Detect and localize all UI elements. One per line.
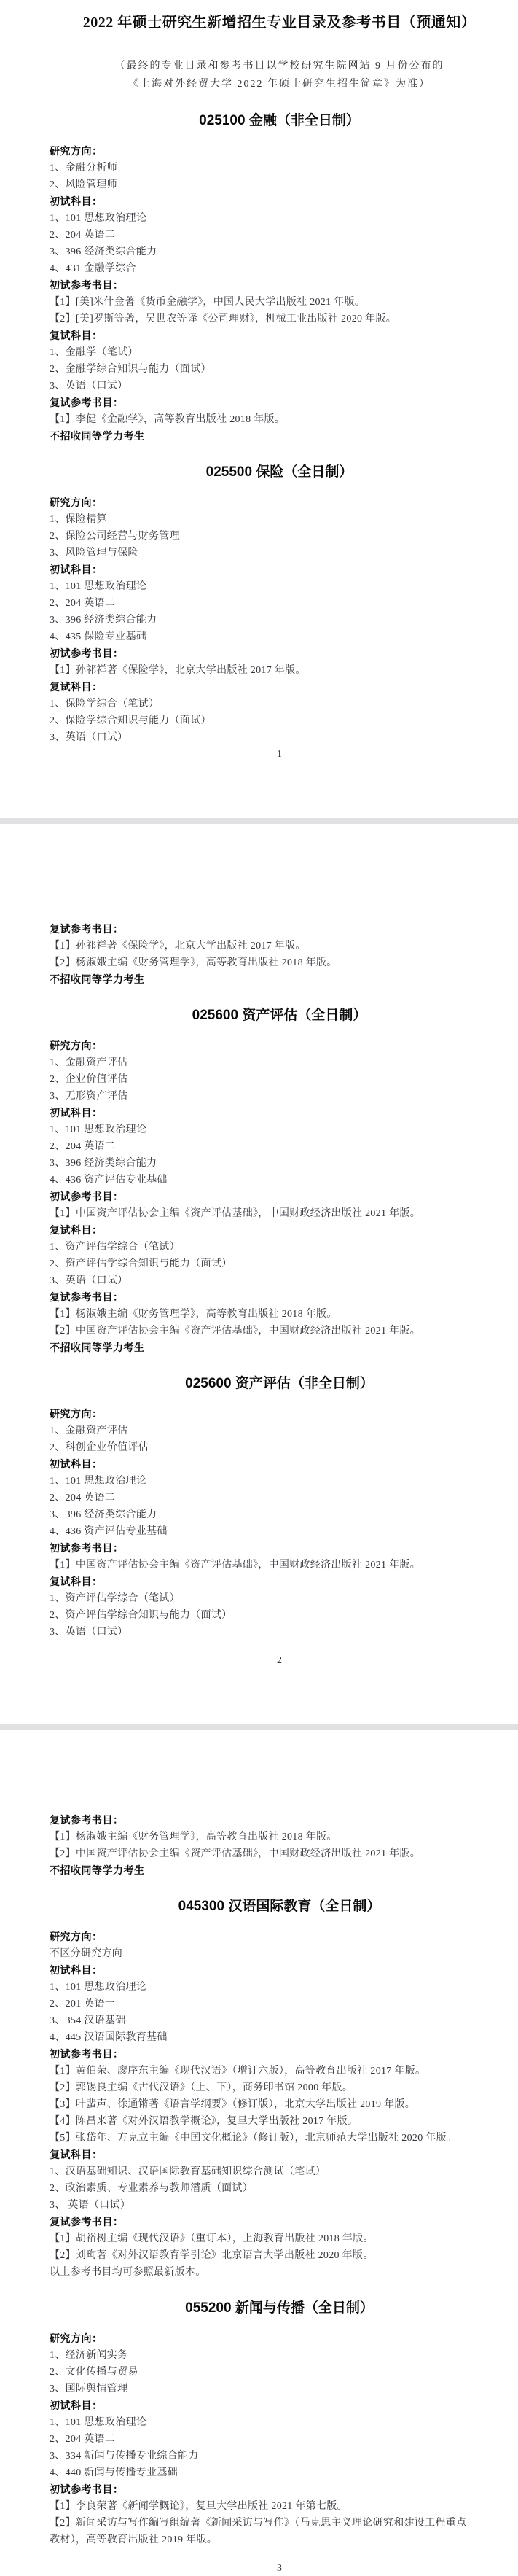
field-label: 研究方向： bbox=[50, 1406, 489, 1423]
document-title: 2022 年硕士研究生新增招生专业目录及参考书目（预通知） bbox=[55, 12, 503, 34]
subtitle-line: （最终的专业目录和参考书目以学校研究生院网站 9 月份公布的 bbox=[55, 57, 503, 75]
list-item: 3、396 经济类综合能力 bbox=[50, 1155, 489, 1172]
list-item: 【2】刘珣著《对外汉语教育学引论》北京语言大学出版社 2020 年版。 bbox=[50, 2247, 489, 2264]
list-item: 【1】李良荣著《新闻学概论》，复旦大学出版社 2021 年第七版。 bbox=[50, 2498, 489, 2515]
document-viewer: 2022 年硕士研究生新增招生专业目录及参考书目（预通知）（最终的专业目录和参考… bbox=[0, 0, 518, 2576]
field-label: 不招收同等学力考生 bbox=[50, 1339, 489, 1356]
list-item: 【1】黄伯荣、廖序东主编《现代汉语》（增订六版），高等教育出版社 2017 年版… bbox=[50, 2063, 489, 2079]
field-label: 复试科目： bbox=[50, 327, 489, 344]
list-item: 4、431 金融学综合 bbox=[50, 260, 489, 277]
list-item: 2、201 英语一 bbox=[50, 1996, 489, 2012]
list-item: 3、 英语（口试） bbox=[50, 2197, 489, 2214]
list-item: 1、101 思想政治理论 bbox=[50, 210, 489, 227]
list-item: 教材），高等教育出版社 2019 年版。 bbox=[50, 2532, 489, 2548]
field-label: 初试参考书目： bbox=[50, 1188, 489, 1205]
list-item: 【2】中国资产评估协会主编《资产评估基础》，中国财政经济出版社 2021 年版。 bbox=[50, 1323, 489, 1339]
list-item: 3、396 经济类综合能力 bbox=[50, 612, 489, 629]
list-item: 2、文化传播与贸易 bbox=[50, 2364, 489, 2381]
list-item: 1、经济新闻实务 bbox=[50, 2347, 489, 2364]
list-item: 1、101 思想政治理论 bbox=[50, 2414, 489, 2431]
list-item: 3、英语（口试） bbox=[50, 729, 489, 746]
field-label: 复试参考书目： bbox=[50, 1812, 489, 1829]
list-item: 2、204 英语二 bbox=[50, 595, 489, 612]
section-heading: 025100 金融（非全日制） bbox=[55, 112, 503, 131]
list-item: 3、396 经济类综合能力 bbox=[50, 244, 489, 260]
page-separator bbox=[0, 1724, 518, 1730]
list-item: 3、国际舆情管理 bbox=[50, 2381, 489, 2397]
list-item: 2、204 英语二 bbox=[50, 227, 489, 244]
list-item: 3、354 汉语基础 bbox=[50, 2012, 489, 2029]
field-label: 初试科目： bbox=[50, 1105, 489, 1121]
page-number: 1 bbox=[55, 746, 503, 763]
list-item: 【3】叶蜚声、徐通锵著《语言学纲要》（修订版），北京大学出版社 2019 年版。 bbox=[50, 2096, 489, 2113]
list-item: 1、金融学（笔试） bbox=[50, 344, 489, 361]
list-item: 1、保险学综合（笔试） bbox=[50, 696, 489, 712]
field-label: 复试参考书目： bbox=[50, 2214, 489, 2230]
field-label: 研究方向： bbox=[50, 1038, 489, 1054]
list-item: 【1】胡裕树主编《现代汉语》（重订本），上海教育出版社 2018 年版。 bbox=[50, 2230, 489, 2247]
list-item: 2、保险公司经营与财务管理 bbox=[50, 528, 489, 545]
field-label: 初试科目： bbox=[50, 1962, 489, 1979]
field-label: 初试参考书目： bbox=[50, 645, 489, 662]
page-3: 复试参考书目：【1】杨淑娥主编《财务管理学》，高等教育出版社 2018 年版。【… bbox=[0, 1730, 518, 2576]
list-item: 1、金融分析师 bbox=[50, 160, 489, 176]
field-label: 研究方向： bbox=[50, 2330, 489, 2347]
list-item: 1、资产评估学综合（笔试） bbox=[50, 1239, 489, 1256]
field-label: 初试科目： bbox=[50, 561, 489, 578]
list-item: 1、汉语基础知识、汉语国际教育基础知识综合测试（笔试） bbox=[50, 2163, 489, 2180]
list-item: 【1】孙祁祥著《保险学》，北京大学出版社 2017 年版。 bbox=[50, 662, 489, 679]
page-separator bbox=[0, 818, 518, 824]
field-label: 复试参考书目： bbox=[50, 1289, 489, 1306]
list-item: 3、334 新闻与传播专业综合能力 bbox=[50, 2448, 489, 2464]
list-item: 2、金融学综合知识与能力（面试） bbox=[50, 361, 489, 378]
list-item: 3、英语（口试） bbox=[50, 378, 489, 394]
list-item: 3、英语（口试） bbox=[50, 1272, 489, 1289]
page-number: 2 bbox=[55, 1652, 503, 1669]
list-item: 【1】中国资产评估协会主编《资产评估基础》，中国财政经济出版社 2021 年版。 bbox=[50, 1205, 489, 1222]
list-item: 1、保险精算 bbox=[50, 511, 489, 528]
field-label: 初试参考书目： bbox=[50, 1540, 489, 1557]
list-item: 【1】孙祁祥著《保险学》，北京大学出版社 2017 年版。 bbox=[50, 938, 489, 954]
page-number: 3 bbox=[55, 2560, 503, 2576]
section-heading: 025600 资产评估（非全日制） bbox=[55, 1374, 503, 1393]
list-item: 1、101 思想政治理论 bbox=[50, 1979, 489, 1996]
list-item: 以上参考书目均可参照最新版本。 bbox=[50, 2264, 489, 2281]
list-item: 【2】郭锡良主编《古代汉语》（上、下），商务印书馆 2000 年版。 bbox=[50, 2079, 489, 2096]
list-item: 2、政治素质、专业素养与教师潜质（面试） bbox=[50, 2180, 489, 2197]
list-item: 2、资产评估学综合知识与能力（面试） bbox=[50, 1607, 489, 1624]
field-label: 初试科目： bbox=[50, 2397, 489, 2414]
page-1: 2022 年硕士研究生新增招生专业目录及参考书目（预通知）（最终的专业目录和参考… bbox=[0, 0, 518, 818]
list-item: 2、保险学综合知识与能力（面试） bbox=[50, 712, 489, 729]
list-item: 2、204 英语二 bbox=[50, 2431, 489, 2448]
list-item: 【1】中国资产评估协会主编《资产评估基础》，中国财政经济出版社 2021 年版。 bbox=[50, 1557, 489, 1573]
list-item: 【5】张岱年、方克立主编《中国文化概论》（修订版），北京师范大学出版社 2020… bbox=[50, 2130, 489, 2147]
list-item: 【2】中国资产评估协会主编《资产评估基础》，中国财政经济出版社 2021 年版。 bbox=[50, 1845, 489, 1862]
page-2: 复试参考书目：【1】孙祁祥著《保险学》，北京大学出版社 2017 年版。【2】杨… bbox=[0, 824, 518, 1724]
section-heading: 025500 保险（全日制） bbox=[55, 463, 503, 482]
list-item: 2、204 英语二 bbox=[50, 1490, 489, 1506]
list-item: 2、资产评估学综合知识与能力（面试） bbox=[50, 1256, 489, 1272]
field-label: 研究方向： bbox=[50, 494, 489, 511]
field-label: 复试科目： bbox=[50, 1573, 489, 1590]
list-item: 【1】[美]米什金著《货币金融学》，中国人民大学出版社 2021 年版。 bbox=[50, 294, 489, 311]
list-item: 4、445 汉语国际教育基础 bbox=[50, 2029, 489, 2046]
list-item: 1、101 思想政治理论 bbox=[50, 578, 489, 595]
list-item: 不区分研究方向 bbox=[50, 1945, 489, 1962]
list-item: 【1】李健《金融学》，高等教育出版社 2018 年版。 bbox=[50, 411, 489, 428]
section-heading: 045300 汉语国际教育（全日制） bbox=[55, 1897, 503, 1916]
section-heading: 025600 资产评估（全日制） bbox=[55, 1006, 503, 1025]
list-item: 4、440 新闻与传播专业基础 bbox=[50, 2464, 489, 2481]
list-item: 4、436 资产评估专业基础 bbox=[50, 1172, 489, 1188]
list-item: 【1】杨淑娥主编《财务管理学》，高等教育出版社 2018 年版。 bbox=[50, 1829, 489, 1845]
subtitle-line: 《上海对外经贸大学 2022 年硕士研究生招生简章》为准） bbox=[55, 75, 503, 93]
field-label: 初试参考书目： bbox=[50, 2046, 489, 2063]
list-item: 1、金融资产评估 bbox=[50, 1054, 489, 1071]
list-item: 3、无形资产评估 bbox=[50, 1088, 489, 1105]
field-label: 初试科目： bbox=[50, 1456, 489, 1473]
list-item: 1、101 思想政治理论 bbox=[50, 1473, 489, 1490]
field-label: 复试科目： bbox=[50, 679, 489, 696]
field-label: 初试参考书目： bbox=[50, 2481, 489, 2498]
list-item: 【2】杨淑娥主编《财务管理学》，高等教育出版社 2018 年版。 bbox=[50, 954, 489, 971]
section-heading: 055200 新闻与传播（全日制） bbox=[55, 2299, 503, 2318]
list-item: 【2】新闻采访与写作编写组编著《新闻采访与写作》（马克思主义理论研究和建设工程重… bbox=[50, 2515, 489, 2532]
list-item: 【2】[美]罗斯等著，吴世农等译《公司理财》，机械工业出版社 2020 年版。 bbox=[50, 311, 489, 327]
field-label: 复试参考书目： bbox=[50, 394, 489, 411]
list-item: 4、435 保险专业基础 bbox=[50, 629, 489, 645]
field-label: 复试科目： bbox=[50, 1222, 489, 1239]
list-item: 【1】杨淑娥主编《财务管理学》，高等教育出版社 2018 年版。 bbox=[50, 1306, 489, 1323]
list-item: 1、金融资产评估 bbox=[50, 1423, 489, 1439]
list-item: 1、资产评估学综合（笔试） bbox=[50, 1590, 489, 1607]
field-label: 复试科目： bbox=[50, 2147, 489, 2163]
list-item: 2、企业价值评估 bbox=[50, 1071, 489, 1088]
field-label: 初试科目： bbox=[50, 193, 489, 210]
list-item: 1、101 思想政治理论 bbox=[50, 1121, 489, 1138]
list-item: 3、396 经济类综合能力 bbox=[50, 1506, 489, 1523]
field-label: 研究方向： bbox=[50, 143, 489, 160]
list-item: 3、英语（口试） bbox=[50, 1624, 489, 1641]
list-item: 4、436 资产评估专业基础 bbox=[50, 1523, 489, 1540]
list-item: 2、204 英语二 bbox=[50, 1138, 489, 1155]
list-item: 2、风险管理师 bbox=[50, 176, 489, 193]
list-item: 3、风险管理与保险 bbox=[50, 545, 489, 561]
list-item: 【4】陈昌来著《对外汉语教学概论》，复旦大学出版社 2017 年版。 bbox=[50, 2113, 489, 2130]
field-label: 不招收同等学力考生 bbox=[50, 1862, 489, 1879]
field-label: 研究方向： bbox=[50, 1929, 489, 1945]
list-item: 2、科创企业价值评估 bbox=[50, 1439, 489, 1456]
field-label: 不招收同等学力考生 bbox=[50, 971, 489, 988]
field-label: 不招收同等学力考生 bbox=[50, 428, 489, 445]
field-label: 初试参考书目： bbox=[50, 277, 489, 294]
field-label: 复试参考书目： bbox=[50, 921, 489, 938]
